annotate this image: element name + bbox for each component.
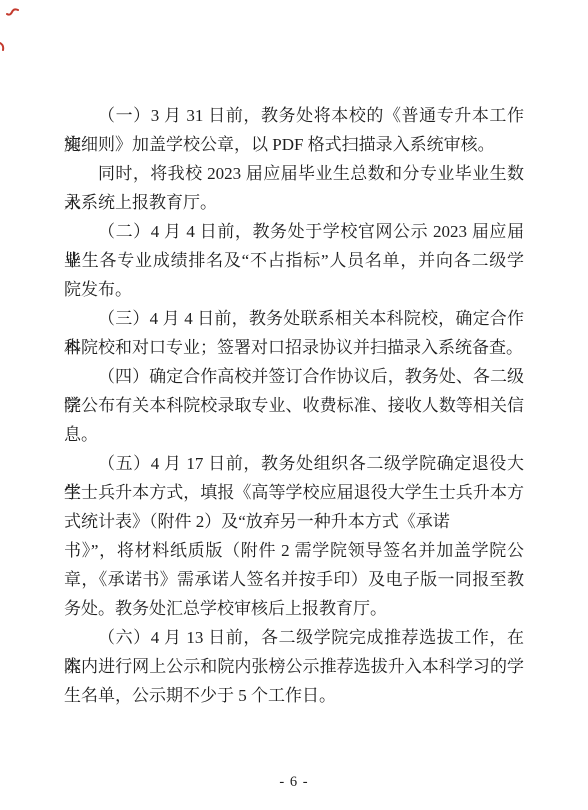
body-line: 同时，将我校 2023 届应届毕业生总数和分专业毕业生数录 bbox=[64, 159, 524, 188]
body-line: 书》”，将材料纸质版（附件 2 需学院领导签名并加盖学院公 bbox=[64, 536, 524, 565]
body-line: （二）4 月 4 日前，教务处于学校官网公示 2023 届应届毕 bbox=[64, 217, 524, 246]
body-line: （六）4 月 13 日前，各二级学院完成推荐选拔工作，在本 bbox=[64, 623, 524, 652]
body-line: 章，《承诺书》需承诺人签名并按手印）及电子版一同报至教 bbox=[64, 565, 524, 594]
body-line: 务处。教务处汇总学校审核后上报教育厅。 bbox=[64, 594, 524, 623]
page-footer: - 6 - bbox=[0, 772, 588, 792]
body-line: 院内进行网上公示和院内张榜公示推荐选拔升入本科学习的学 bbox=[64, 652, 524, 681]
body-line: 式统计表》（附件 2）及“放弃另一种升本方式《承诺 bbox=[64, 507, 524, 536]
body-line: （五）4 月 17 日前，教务处组织各二级学院确定退役大学 bbox=[64, 449, 524, 478]
body-line: 业生各专业成绩排名及“不占指标”人员名单，并向各二级学 bbox=[64, 246, 524, 275]
body-line: （四）确定合作高校并签订合作协议后，教务处、各二级学 bbox=[64, 362, 524, 391]
body-line: 施细则》加盖学校公章，以 PDF 格式扫描录入系统审核。 bbox=[64, 130, 524, 159]
body-line: 入系统上报教育厅。 bbox=[64, 188, 524, 217]
body-line: 生士兵升本方式，填报《高等学校应届退役大学生士兵升本方 bbox=[64, 478, 524, 507]
body-line: （三）4 月 4 日前，教务处联系相关本科院校，确定合作本 bbox=[64, 304, 524, 333]
body-line: 息。 bbox=[64, 420, 524, 449]
body-line: （一）3 月 31 日前，教务处将本校的《普通专升本工作实 bbox=[64, 101, 524, 130]
document-body: （一）3 月 31 日前，教务处将本校的《普通专升本工作实 施细则》加盖学校公章… bbox=[64, 101, 524, 710]
body-line: 院公布有关本科院校录取专业、收费标准、接收人数等相关信 bbox=[64, 391, 524, 420]
page-number: - 6 - bbox=[279, 774, 308, 790]
body-line: 科院校和对口专业；签署对口招录协议并扫描录入系统备查。 bbox=[64, 333, 524, 362]
red-ink-artifact bbox=[0, 39, 7, 50]
document-page: （一）3 月 31 日前，教务处将本校的《普通专升本工作实 施细则》加盖学校公章… bbox=[0, 0, 588, 810]
body-line: 院发布。 bbox=[64, 275, 524, 304]
red-ink-artifact bbox=[6, 5, 19, 16]
body-line: 生名单，公示期不少于 5 个工作日。 bbox=[64, 681, 524, 710]
